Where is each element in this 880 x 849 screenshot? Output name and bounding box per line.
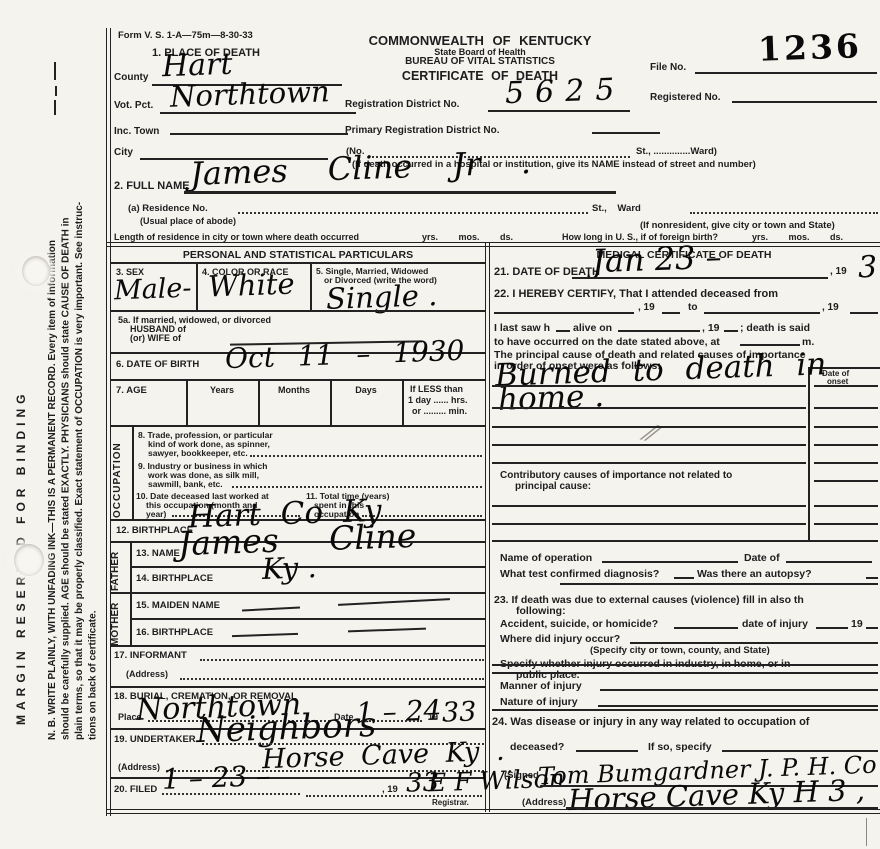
rule — [814, 462, 878, 464]
rule — [162, 793, 300, 795]
vot-pct-value: Northtown — [169, 74, 330, 114]
blank-stroke — [242, 606, 300, 611]
rule — [492, 426, 806, 428]
date-of-birth-label: 6. DATE OF BIRTH — [116, 359, 199, 370]
occupation-related-question: 24. Was disease or injury in any way rel… — [492, 716, 809, 728]
lastsaw-text2: alive on — [573, 322, 612, 334]
rule — [492, 523, 806, 525]
personal-section-title: PERSONAL AND STATISTICAL PARTICULARS — [112, 249, 484, 261]
signed-address-label: (Address) — [522, 797, 566, 808]
margin-note-line4: tions on back of certificate. — [87, 42, 101, 740]
rule — [180, 678, 484, 680]
operation-date-label: Date of — [744, 552, 780, 564]
rule — [160, 112, 356, 114]
occurred-text: to have occurred on the date stated abov… — [494, 336, 720, 348]
rule — [556, 330, 570, 332]
rule — [492, 664, 878, 666]
age-less-label2: 1 day ...... hrs. — [408, 395, 468, 405]
crease-mark — [54, 62, 56, 80]
abode-note: (Usual place of abode) — [140, 216, 236, 226]
full-name-value: James Cline Jr . — [189, 143, 531, 193]
reg-district-label: Registration District No. — [345, 99, 459, 110]
manner-of-injury-label: Manner of injury — [500, 680, 582, 692]
inc-town-label: Inc. Town — [114, 126, 159, 137]
blank-stroke — [348, 628, 426, 633]
rule — [866, 577, 878, 579]
registrar-label: Registrar. — [432, 798, 469, 807]
rule — [814, 480, 878, 482]
rule — [130, 618, 485, 620]
father-name-label: 13. NAME — [136, 548, 180, 559]
rule — [170, 133, 348, 135]
rule — [814, 385, 878, 387]
margin-note-line2: should be carefully supplied. AGE should… — [60, 42, 74, 740]
cell-border — [186, 379, 188, 425]
test-label: What test confirmed diagnosis? — [500, 568, 659, 580]
blank-stroke — [232, 633, 298, 637]
mother-maiden-label: 15. MAIDEN NAME — [136, 600, 220, 611]
operation-label: Name of operation — [500, 552, 592, 564]
rule — [630, 642, 878, 644]
rule — [110, 262, 485, 264]
bureau-subtitle: BUREAU OF VITAL STATISTICS — [345, 56, 615, 67]
primary-reg-label: Primary Registration District No. — [345, 125, 499, 136]
onset-box-left — [808, 367, 810, 540]
lastsaw-text1: I last saw h — [494, 322, 550, 334]
age-less-label1: If LESS than — [410, 384, 463, 394]
certify-19b: , 19 — [822, 302, 839, 313]
cell-border — [310, 262, 312, 310]
rule — [576, 750, 638, 752]
certify-statement: 22. I HEREBY CERTIFY, That I attended de… — [494, 288, 778, 300]
yrs-mos-ds: yrs. mos. ds. — [422, 232, 513, 242]
rule — [814, 407, 878, 409]
registered-no-label: Registered No. — [650, 92, 721, 103]
columns-top-rule — [106, 242, 880, 247]
mother-side-label: MOTHER — [110, 596, 121, 646]
filed-label: 20. FILED — [114, 784, 157, 795]
margin-binding-text: MARGIN RESERVED FOR BINDING — [14, 295, 28, 725]
age-years-label: Years — [188, 385, 256, 395]
occupation-trade-label3: sawyer, bookkeeper, etc. — [148, 448, 248, 458]
rule — [572, 277, 828, 279]
mother-birthplace-label: 16. BIRTHPLACE — [136, 627, 213, 638]
reg-district-value: 5625 — [504, 72, 626, 111]
rule — [704, 312, 820, 314]
rule — [492, 385, 806, 387]
rule — [740, 344, 800, 346]
rule — [492, 444, 806, 446]
rule — [602, 561, 738, 563]
dod-year-printed: , 19 — [830, 266, 847, 277]
injury-date-label: date of injury — [742, 618, 808, 630]
wife-label: (or) WIFE of — [130, 333, 181, 343]
rule — [492, 709, 878, 711]
rule — [816, 627, 848, 629]
margin-note: N. B. WRITE PLAINLY, WITH UNFADING INK—T… — [46, 42, 100, 740]
file-number-stamp: 1236 — [757, 26, 862, 69]
death-certificate-scan: MARGIN RESERVED FOR BINDING N. B. WRITE … — [0, 0, 880, 849]
cell-border — [196, 262, 198, 310]
commonwealth-title: COMMONWEALTH OF KENTUCKY — [345, 33, 615, 48]
rule — [110, 310, 485, 312]
deceased-label: deceased? — [510, 741, 564, 753]
rule — [200, 659, 484, 661]
lastsaw-19: , 19 — [702, 322, 720, 334]
punch-hole — [22, 256, 50, 286]
specify-note: (Specify city or town, county, and State… — [590, 645, 770, 656]
occupation-side-label: OCCUPATION — [112, 430, 123, 518]
rule — [494, 312, 634, 314]
rule — [598, 705, 878, 707]
external-causes-text2: following: — [516, 605, 566, 617]
rule — [232, 486, 482, 488]
if-so-specify-label: If so, specify — [648, 741, 712, 753]
city-st-ward-label: St., ..............Ward) — [636, 146, 717, 157]
date-of-death-value: Jan 23 – — [591, 238, 722, 280]
city-label: City — [114, 147, 133, 158]
occupation-lastworked-label3: year) — [146, 509, 166, 519]
yrs-mos-ds: yrs. mos. ds. — [752, 232, 843, 242]
certify-19a: , 19 — [638, 302, 655, 313]
rule — [732, 101, 877, 103]
residence-length-label: Length of residence in city or town wher… — [114, 232, 359, 242]
filed-date-value: 1 – 23 – — [161, 759, 270, 796]
residence-st-ward-label: St., Ward — [592, 203, 641, 214]
rule — [110, 592, 485, 594]
rule — [674, 577, 694, 579]
age-months-label: Months — [260, 385, 328, 395]
rule — [492, 462, 806, 464]
rule — [674, 627, 738, 629]
rule — [618, 330, 700, 332]
rule — [492, 505, 806, 507]
nature-of-injury-label: Nature of injury — [500, 696, 578, 708]
sex-value: Male- — [113, 273, 192, 307]
form-number: Form V. S. 1-A—75m—8-30-33 — [118, 30, 253, 41]
onset-box-bottom — [492, 540, 878, 542]
rule — [662, 312, 680, 314]
accident-label: Accident, suicide, or homicide? — [500, 618, 658, 630]
column-divider — [485, 242, 490, 812]
rule — [592, 132, 660, 134]
signed-label: (Signed — [504, 770, 539, 781]
filed-year-printed: , 19 — [382, 784, 398, 795]
rule — [184, 191, 616, 194]
file-no-label: File No. — [650, 62, 686, 73]
rule — [814, 444, 878, 446]
informant-label: 17. INFORMANT — [114, 650, 187, 661]
rule — [850, 312, 878, 314]
blank-stroke — [338, 598, 450, 606]
rule — [690, 212, 878, 214]
age-less-label3: or ......... min. — [412, 406, 467, 416]
informant-address-label: (Address) — [126, 669, 168, 679]
father-birthplace-label: 14. BIRTHPLACE — [136, 573, 213, 584]
cell-border — [132, 425, 134, 519]
county-label: County — [114, 72, 148, 83]
father-birthplace-value: Ky . — [261, 550, 317, 586]
occupation-industry-label3: sawmill, bank, etc. — [148, 479, 223, 489]
dod-year-value: 3 — [857, 250, 877, 286]
rule — [492, 672, 878, 674]
rule — [306, 795, 482, 797]
age-label: 7. AGE — [116, 385, 147, 396]
age-days-label: Days — [332, 385, 400, 395]
cell-border — [402, 379, 404, 425]
contributory-label-line1: Contributory causes of importance not re… — [500, 470, 732, 481]
cell-border — [330, 379, 332, 425]
autopsy-label: Was there an autopsy? — [697, 568, 812, 580]
contributory-label-line2: principal cause: — [515, 481, 591, 492]
rule — [814, 505, 878, 507]
rule — [110, 379, 485, 381]
burial-year-value: 33 — [441, 696, 476, 728]
father-side-label: FATHER — [110, 543, 121, 591]
rule — [110, 425, 485, 427]
rule — [238, 212, 588, 214]
undertaker-address-label: (Address) — [118, 762, 160, 772]
rule — [566, 807, 878, 809]
certify-to: to — [688, 302, 697, 313]
margin-note-line1: N. B. WRITE PLAINLY, WITH UNFADING INK—T… — [46, 42, 60, 740]
rule — [695, 72, 877, 74]
rule — [250, 455, 482, 457]
vot-pct-label: Vot. Pct. — [114, 100, 153, 111]
undertaker-label: 19. UNDERTAKER — [114, 734, 196, 745]
rule — [560, 583, 878, 585]
rule — [866, 627, 878, 629]
rule — [786, 561, 872, 563]
rule — [724, 330, 738, 332]
rule — [110, 645, 485, 647]
lastsaw-text3: ; death is said — [740, 322, 810, 334]
residence-label: (a) Residence No. — [128, 203, 208, 214]
form-left-border — [106, 28, 111, 816]
margin-note-line3: plain terms, so that it may be properly … — [73, 42, 87, 740]
rule — [488, 110, 630, 112]
date-of-birth-value: Oct 11 – 1930 — [224, 334, 464, 375]
rule — [492, 407, 806, 409]
crease-mark — [54, 100, 56, 115]
rule — [600, 689, 878, 691]
burial-year-printed: 19 — [428, 712, 438, 722]
punch-hole — [14, 544, 44, 576]
rule — [814, 523, 878, 525]
injury-19: 19 — [851, 618, 863, 630]
rule — [814, 426, 878, 428]
crease-mark — [55, 86, 57, 96]
full-name-label: 2. FULL NAME — [114, 180, 190, 192]
nonresident-note: (If nonresident, give city or town and S… — [640, 220, 835, 231]
race-value: White — [207, 266, 295, 303]
where-injury-label: Where did injury occur? — [500, 633, 620, 645]
cell-border — [258, 379, 260, 425]
scan-edge-mark — [866, 818, 867, 846]
